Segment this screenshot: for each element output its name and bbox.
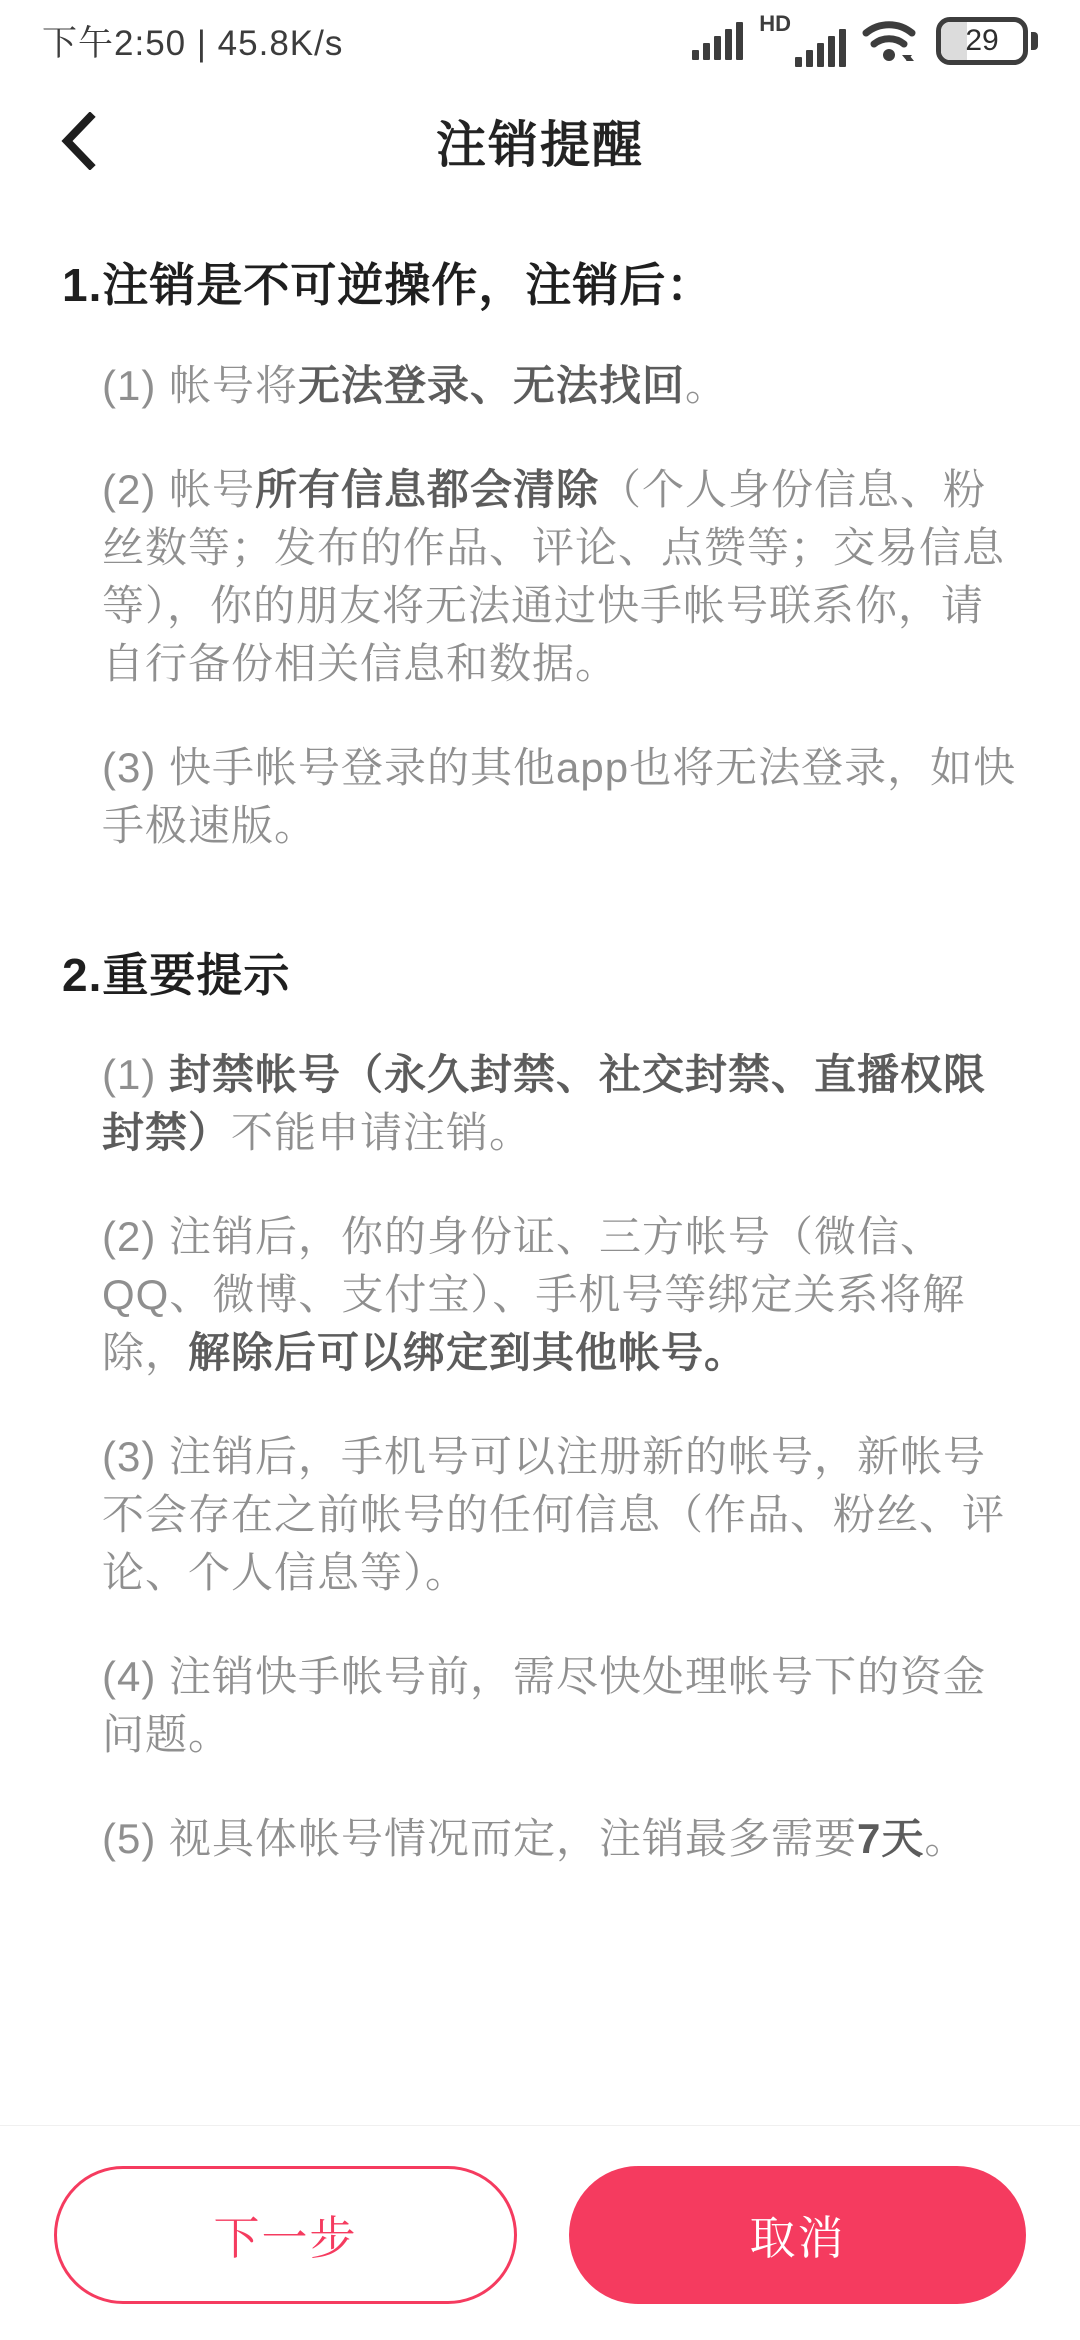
text-segment: 。 xyxy=(924,1815,967,1862)
back-button[interactable] xyxy=(44,82,112,200)
footer-actions: 下一步 取消 xyxy=(0,2125,1080,2340)
text-segment: (3) 快手帐号登录的其他app也将无法登录，如快手极速版。 xyxy=(102,744,1016,849)
screen: 下午2:50 | 45.8K/s HD xyxy=(0,0,1080,2340)
section-2-paragraph-5: (5) 视具体帐号情况而定，注销最多需要7天。 xyxy=(102,1810,1024,1868)
header: 注销提醒 xyxy=(0,82,1080,200)
battery-nub xyxy=(1031,32,1038,50)
cellular-signal-icon-2: HD xyxy=(759,15,846,67)
text-segment: 不能申请注销。 xyxy=(231,1109,532,1156)
section-2-paragraph-4: (4) 注销快手帐号前，需尽快处理帐号下的资金问题。 xyxy=(102,1648,1024,1764)
text-segment: (2) 帐号 xyxy=(102,466,255,513)
battery-percent: 29 xyxy=(965,24,998,58)
section-irreversible: 1.注销是不可逆操作，注销后： (1) 帐号将无法登录、无法找回。 (2) 帐号… xyxy=(62,260,1024,855)
status-bar: 下午2:50 | 45.8K/s HD xyxy=(0,0,1080,82)
next-step-button[interactable]: 下一步 xyxy=(54,2166,517,2304)
hd-badge: HD xyxy=(759,13,791,35)
text-segment: (4) 注销快手帐号前，需尽快处理帐号下的资金问题。 xyxy=(102,1653,986,1758)
text-segment: (1) xyxy=(102,1051,169,1098)
section-2-paragraph-1: (1) 封禁帐号（永久封禁、社交封禁、直播权限封禁）不能申请注销。 xyxy=(102,1046,1024,1162)
battery-icon: 29 xyxy=(936,17,1038,65)
cellular-signal-icon-1 xyxy=(692,22,743,60)
status-time-speed: 下午2:50 | 45.8K/s xyxy=(42,16,343,66)
cancel-button[interactable]: 取消 xyxy=(569,2166,1026,2304)
section-1-paragraph-3: (3) 快手帐号登录的其他app也将无法登录，如快手极速版。 xyxy=(102,739,1024,855)
text-segment: (5) 视具体帐号情况而定，注销最多需要 xyxy=(102,1815,857,1862)
page-title: 注销提醒 xyxy=(436,105,644,177)
section-1-paragraph-1: (1) 帐号将无法登录、无法找回。 xyxy=(102,357,1024,415)
section-2-paragraph-2: (2) 注销后，你的身份证、三方帐号（微信、QQ、微博、支付宝）、手机号等绑定关… xyxy=(102,1208,1024,1382)
section-important-tips: 2.重要提示 (1) 封禁帐号（永久封禁、社交封禁、直播权限封禁）不能申请注销。… xyxy=(62,950,1024,1869)
wifi-icon xyxy=(862,17,920,65)
battery-fill xyxy=(941,22,967,60)
text-segment: (3) 注销后，手机号可以注册新的帐号，新帐号不会存在之前帐号的任何信息（作品、… xyxy=(102,1433,1005,1596)
section-1-heading: 1.注销是不可逆操作，注销后： xyxy=(62,260,1024,311)
section-2-paragraph-3: (3) 注销后，手机号可以注册新的帐号，新帐号不会存在之前帐号的任何信息（作品、… xyxy=(102,1428,1024,1602)
text-segment: 。 xyxy=(685,362,728,409)
section-1-paragraph-2: (2) 帐号所有信息都会清除（个人身份信息、粉丝数等；发布的作品、评论、点赞等；… xyxy=(102,461,1024,693)
battery-body: 29 xyxy=(936,17,1028,65)
content: 1.注销是不可逆操作，注销后： (1) 帐号将无法登录、无法找回。 (2) 帐号… xyxy=(0,260,1080,1868)
back-chevron-icon xyxy=(60,112,96,170)
text-segment: (1) 帐号将 xyxy=(102,362,298,409)
status-icons: HD 29 xyxy=(692,15,1038,67)
text-segment: 无法登录、无法找回 xyxy=(298,362,685,409)
text-segment: 所有信息都会清除 xyxy=(255,466,599,513)
section-2-heading: 2.重要提示 xyxy=(62,950,1024,1001)
signal-bars xyxy=(795,29,846,67)
text-segment: 解除后可以绑定到其他帐号。 xyxy=(188,1329,747,1376)
text-segment: 7天 xyxy=(857,1815,924,1862)
